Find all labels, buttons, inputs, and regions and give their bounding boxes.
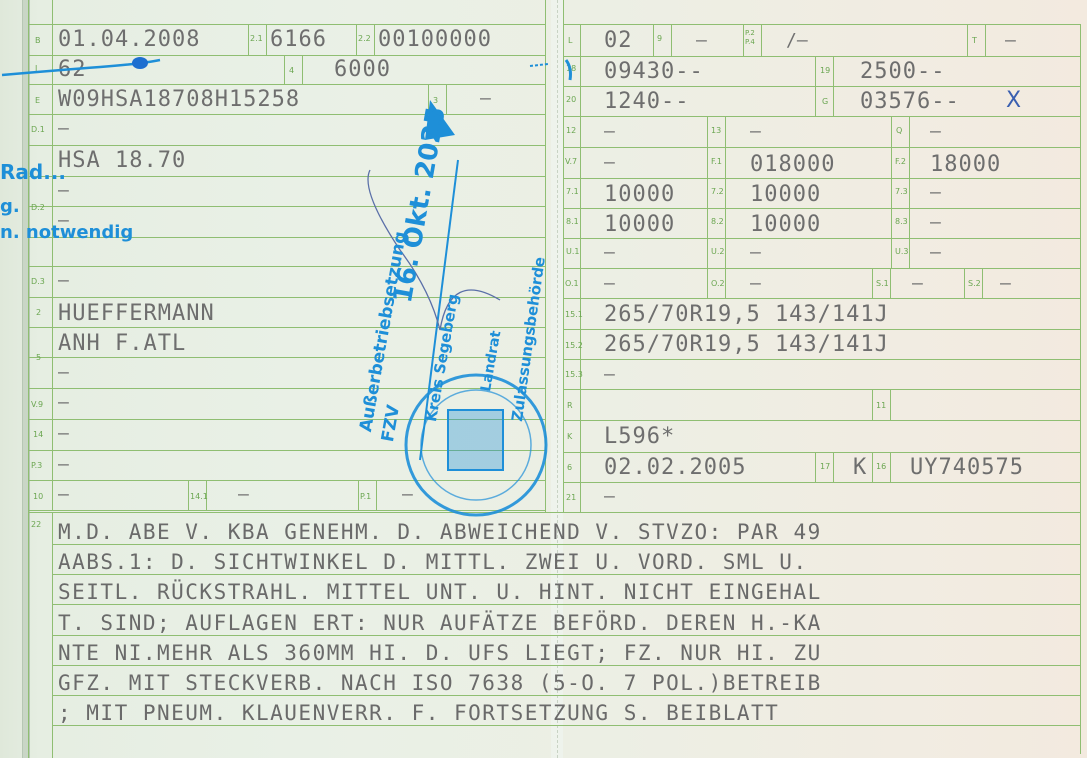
registration-document: B 2.1 2.2 J 4 E 3 D.1 D.2 D.3 2 5 V.9 14… (0, 0, 1087, 758)
margin-stamp-line-1: Rad... (0, 160, 66, 184)
margin-stamp-line-3: n. notwendig (0, 222, 133, 243)
margin-stamp-line-2: g. (0, 196, 20, 217)
stamp-overlay (0, 0, 1087, 758)
